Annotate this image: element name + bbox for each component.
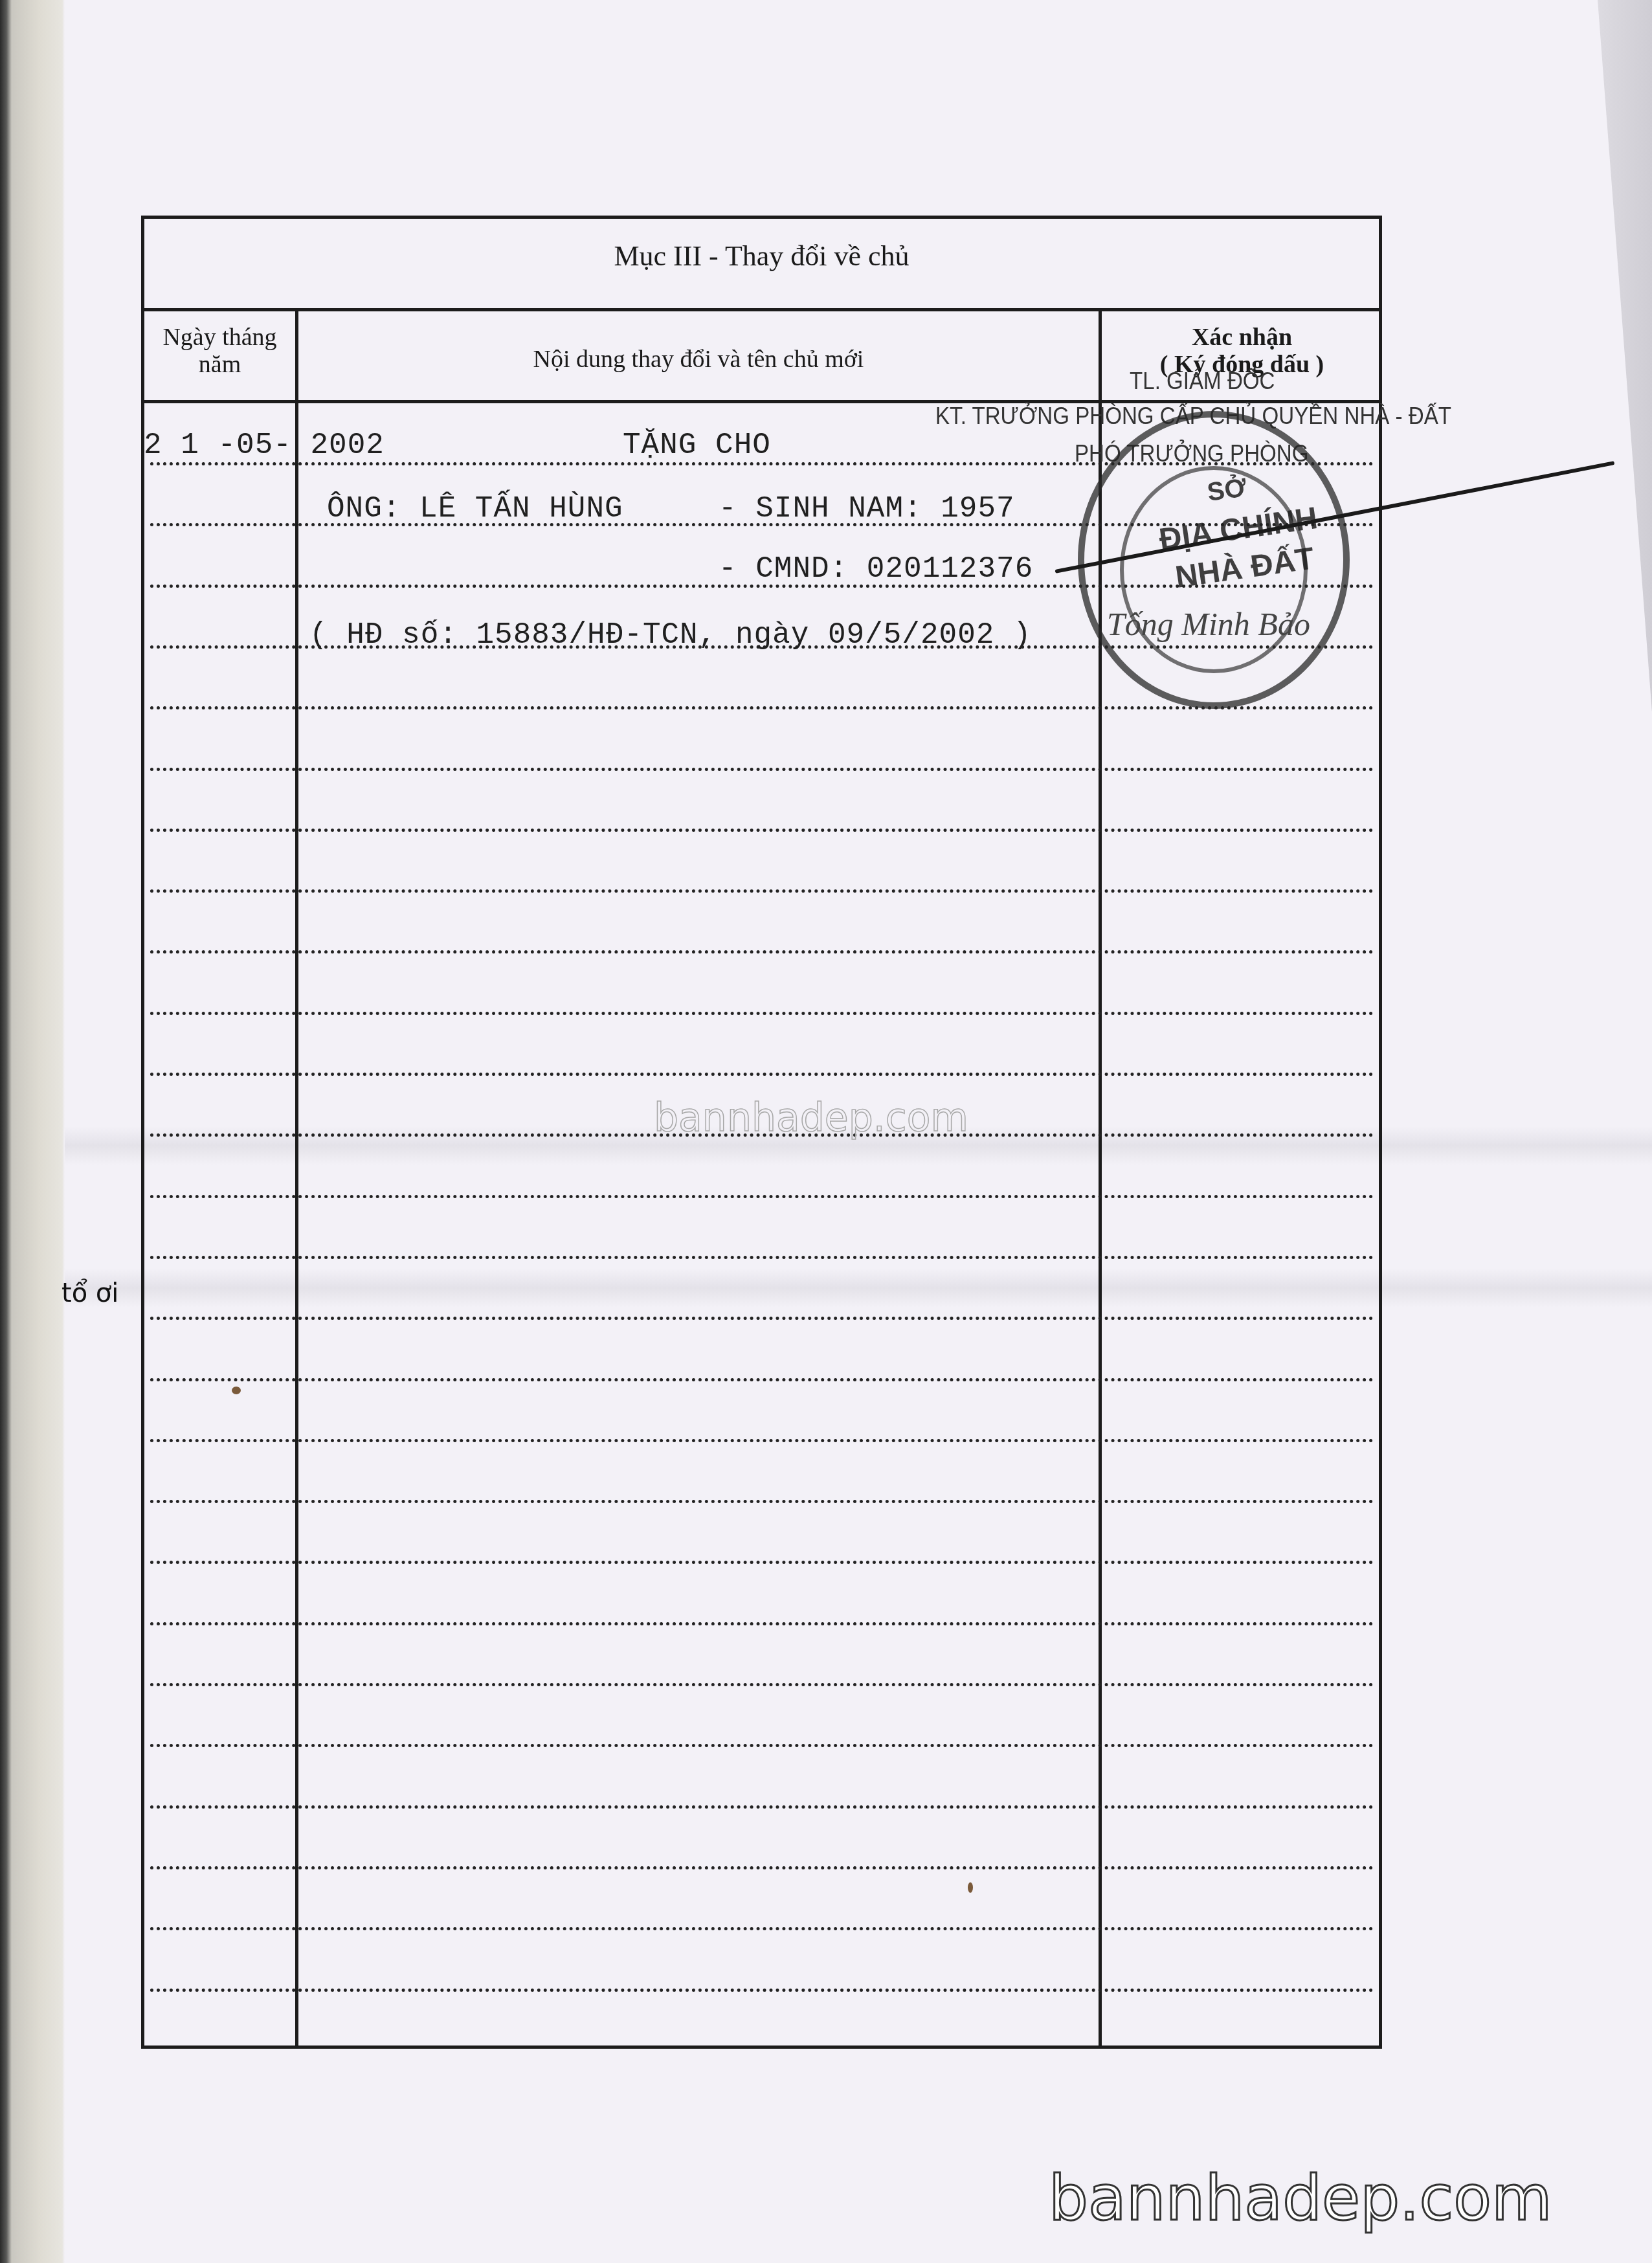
watermark-center: bannhadep.com (654, 1095, 968, 1141)
ruled-dotted-line (150, 1012, 1374, 1015)
ruled-dotted-line (150, 1622, 1374, 1625)
ruled-dotted-line (150, 950, 1374, 953)
column-header-confirmation-line1: Xác nhận (1102, 324, 1382, 351)
ruled-dotted-line (150, 1378, 1374, 1381)
entry-owner: ÔNG: LÊ TẤN HÙNG (327, 492, 623, 526)
ruled-dotted-line (150, 1744, 1374, 1747)
ruled-dotted-line (150, 1500, 1374, 1503)
folded-corner (1561, 0, 1652, 712)
ruled-dotted-line (150, 1439, 1374, 1442)
entry-contract: ( HĐ số: 15883/HĐ-TCN, ngày 09/5/2002 ) (309, 618, 1032, 652)
column-header-date: Ngày tháng năm (144, 324, 295, 378)
entry-date: 2 1 -05- 2002 (144, 429, 385, 462)
ruled-dotted-line (150, 1317, 1374, 1320)
ruled-dotted-line (150, 1989, 1374, 1992)
ruled-dotted-line (150, 1683, 1374, 1686)
section-title: Mục III - Thay đổi về chủ (144, 240, 1379, 273)
paper-stain (968, 1882, 973, 1893)
margin-handwriting: tổ ơi (61, 1278, 118, 1308)
column-divider-date (295, 309, 298, 2049)
title-divider (141, 308, 1382, 311)
scanner-edge (0, 0, 65, 2263)
ruled-dotted-line (150, 768, 1374, 771)
entry-id-number: - CMND: 020112376 (719, 552, 1033, 586)
ruled-dotted-line (150, 1927, 1374, 1930)
entry-birth-year: - SINH NAM: 1957 (719, 492, 1015, 526)
column-header-content: Nội dung thay đổi và tên chủ mới (298, 346, 1099, 373)
ruled-dotted-line (150, 1866, 1374, 1869)
watermark-bottom: bannhadep.com (1049, 2162, 1552, 2235)
ruled-dotted-line (150, 889, 1374, 893)
column-header-date-line1: Ngày tháng (144, 324, 295, 351)
signer-name: Tống Minh Bảo (1107, 605, 1310, 643)
seal-text-top: SỞ (1205, 473, 1248, 507)
entry-action: TẶNG CHO (623, 429, 771, 462)
ruled-dotted-line (150, 706, 1374, 709)
confirmation-line-director: TL. GIÁM ĐỐC (1130, 368, 1275, 395)
ruled-dotted-line (150, 1073, 1374, 1076)
ruled-dotted-line (150, 829, 1374, 832)
ruled-dotted-line (150, 1561, 1374, 1564)
ruled-dotted-line (150, 1805, 1374, 1809)
ruled-dotted-line (150, 1256, 1374, 1259)
column-header-date-line2: năm (144, 351, 295, 378)
paper-stain (232, 1387, 241, 1394)
ruled-dotted-line (150, 1195, 1374, 1198)
